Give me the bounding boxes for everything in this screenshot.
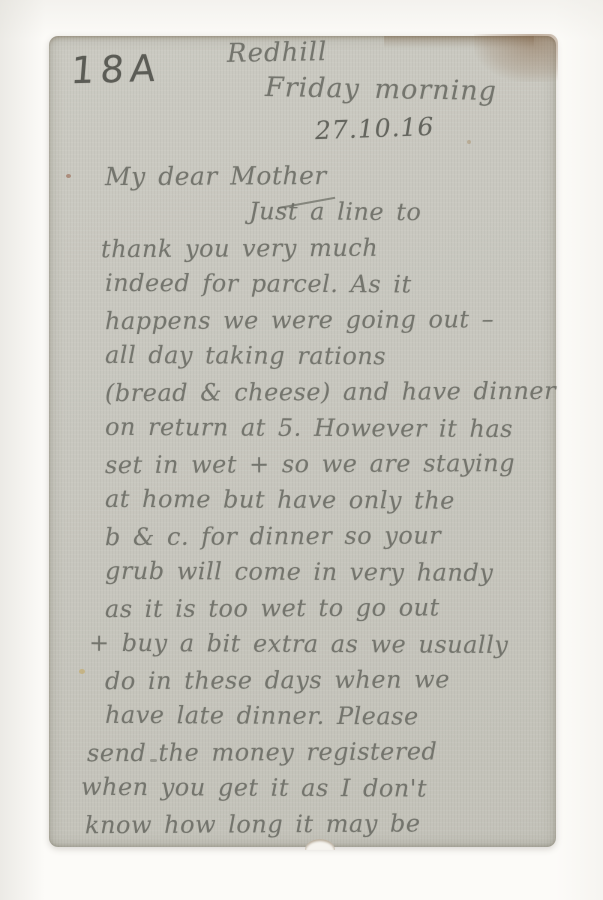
stain-top-edge — [384, 36, 534, 48]
letter-line: set in wet + so we are staying — [105, 445, 555, 483]
paper-speck — [79, 669, 85, 674]
letter-line: grub will come in very handy — [105, 553, 555, 591]
letter-line: all day taking rations — [105, 337, 555, 375]
letter-line: know how long it may be — [85, 805, 555, 843]
letter-line: as it is too wet to go out — [105, 589, 555, 627]
letter-line: indeed for parcel. As it — [105, 265, 555, 303]
letter-line: thank you very much — [101, 229, 555, 267]
letter-line: (bread & cheese) and have dinner — [105, 373, 555, 411]
letter-card: 18A Redhill Friday morning 27.10.16 My d… — [49, 36, 556, 847]
letter-body: My dear Mother Just a line to thank you … — [93, 158, 555, 842]
letter-line: + buy a bit extra as we usually — [89, 625, 555, 663]
archive-number: 18A — [69, 47, 163, 92]
letter-line: do in these days when we — [105, 661, 555, 699]
letter-date: 27.10.16 — [315, 112, 435, 145]
letter-line: at home but have only the — [105, 481, 555, 519]
salutation-text: My dear Mother — [105, 161, 327, 191]
letter-place: Redhill — [227, 37, 328, 69]
letter-line: Just a line to — [249, 193, 555, 231]
letter-line: send the money registered — [87, 733, 555, 771]
letter-line: happens we were going out – — [105, 301, 555, 339]
paper-speck — [66, 174, 71, 178]
letter-line: b & c. for dinner so your — [105, 517, 555, 555]
paper-speck — [467, 140, 471, 144]
letter-line: have late dinner. Please — [105, 697, 555, 735]
scanned-letter-page: 18A Redhill Friday morning 27.10.16 My d… — [0, 0, 603, 900]
salutation: My dear Mother — [105, 157, 555, 195]
letter-dateline: Friday morning — [265, 72, 497, 107]
letter-line: when you get it as I don't — [81, 769, 555, 807]
letter-line: on return at 5. However it has — [105, 409, 555, 447]
